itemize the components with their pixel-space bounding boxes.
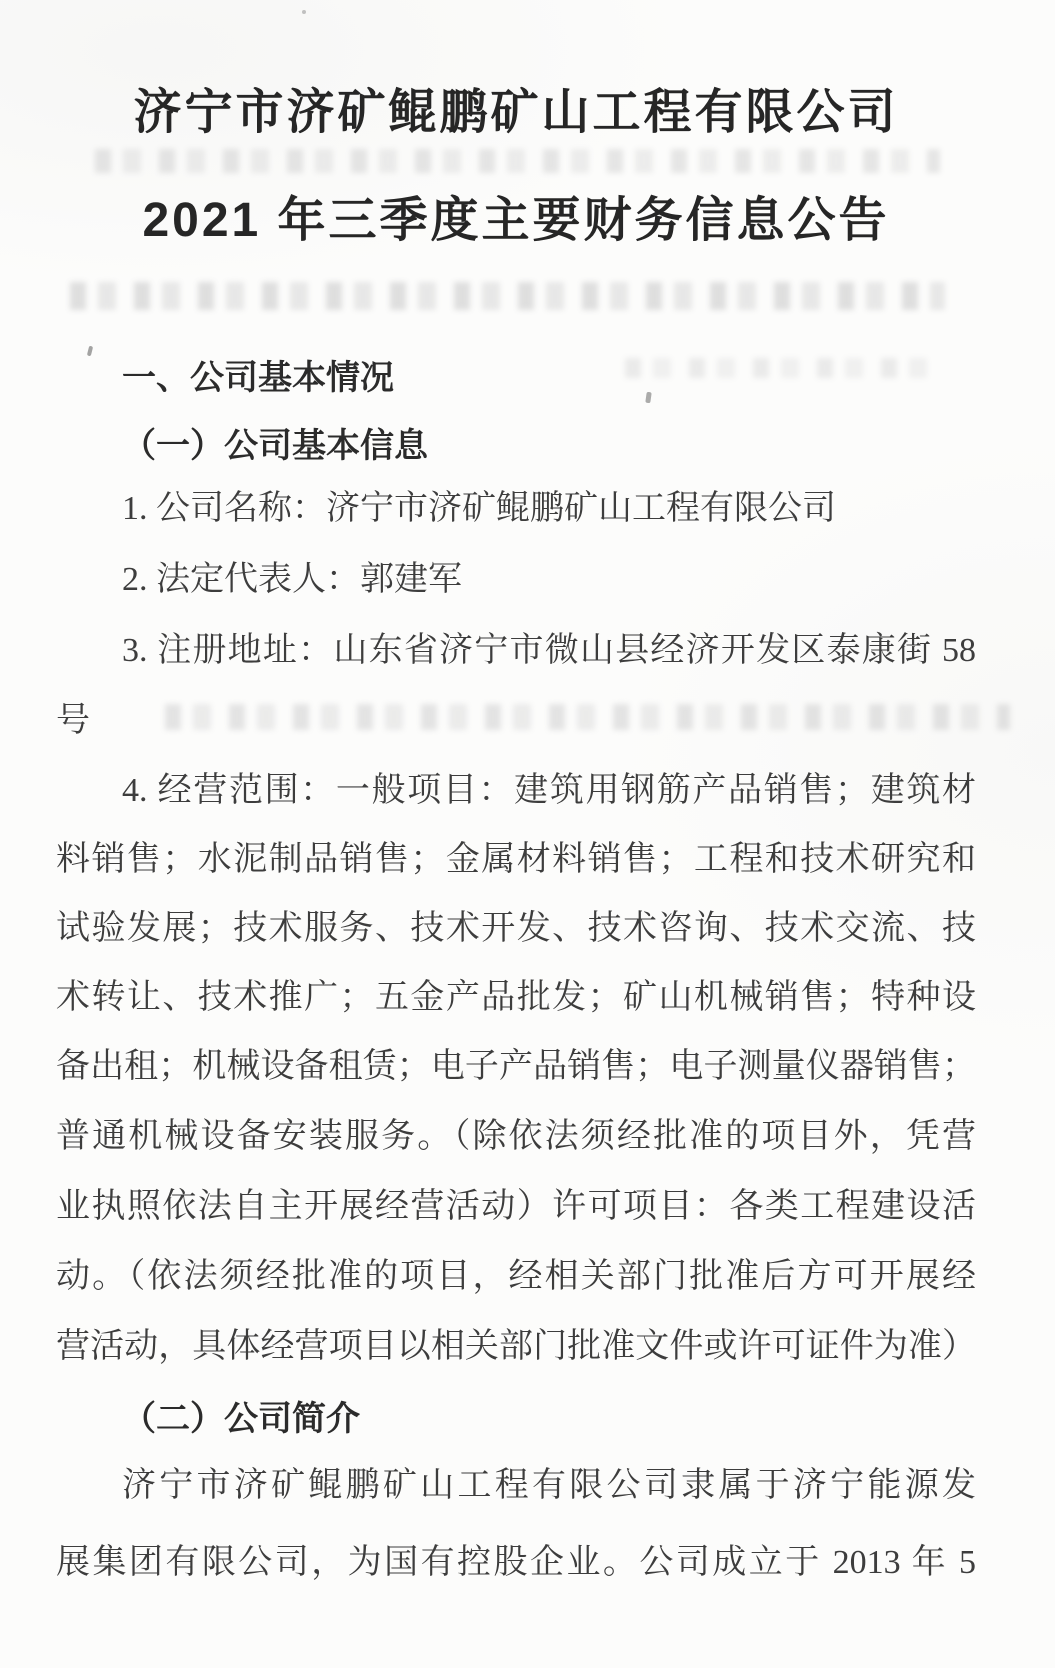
scanned-document-page: 济宁市济矿鲲鹏矿山工程有限公司 2021 年三季度主要财务信息公告 一、公司基本… xyxy=(0,0,1055,1668)
line-business-scope-2: 料销售；水泥制品销售；金属材料销售；工程和技术研究和 xyxy=(56,838,976,882)
ink-speck xyxy=(302,10,306,14)
line-registered-address-cont: 号 xyxy=(56,699,976,743)
bleedthrough-row xyxy=(95,149,940,173)
line-business-scope-5: 备出租；机械设备租赁；电子产品销售；电子测量仪器销售； xyxy=(56,1045,976,1089)
ink-speck xyxy=(87,346,93,357)
line-business-scope-8: 动。（依法须经批准的项目，经相关部门批准后方可开展经 xyxy=(56,1255,976,1299)
line-business-scope-7: 业执照依法自主开展经营活动）许可项目：各类工程建设活 xyxy=(56,1185,976,1229)
line-business-scope-6: 普通机械设备安装服务。（除依法须经批准的项目外，凭营 xyxy=(56,1115,976,1159)
line-company-profile-1: 济宁市济矿鲲鹏矿山工程有限公司隶属于济宁能源发 xyxy=(56,1464,976,1508)
line-company-name: 1. 公司名称：济宁市济矿鲲鹏矿山工程有限公司 xyxy=(56,487,976,531)
line-company-profile-2: 展集团有限公司，为国有控股企业。公司成立于 2013 年 5 xyxy=(56,1541,976,1585)
line-registered-address: 3. 注册地址：山东省济宁市微山县经济开发区泰康街 58 xyxy=(56,629,976,673)
line-legal-representative: 2. 法定代表人：郭建军 xyxy=(56,558,976,602)
line-business-scope-9: 营活动，具体经营项目以相关部门批准文件或许可证件为准） xyxy=(56,1325,976,1369)
heading-company-profile: （二）公司简介 xyxy=(56,1397,976,1441)
heading-company-basic-situation: 一、公司基本情况 xyxy=(56,356,976,400)
line-business-scope-4: 术转让、技术推广；五金产品批发；矿山机械销售；特种设 xyxy=(56,976,976,1020)
document-title-company-name: 济宁市济矿鲲鹏矿山工程有限公司 xyxy=(0,86,1032,140)
line-business-scope-1: 4. 经营范围：一般项目：建筑用钢筋产品销售；建筑材 xyxy=(56,769,976,813)
document-title-announcement: 2021 年三季度主要财务信息公告 xyxy=(0,194,1032,248)
bleedthrough-row xyxy=(70,282,945,310)
heading-company-basic-info: （一）公司基本信息 xyxy=(56,424,976,468)
line-business-scope-3: 试验发展；技术服务、技术开发、技术咨询、技术交流、技 xyxy=(56,907,976,951)
